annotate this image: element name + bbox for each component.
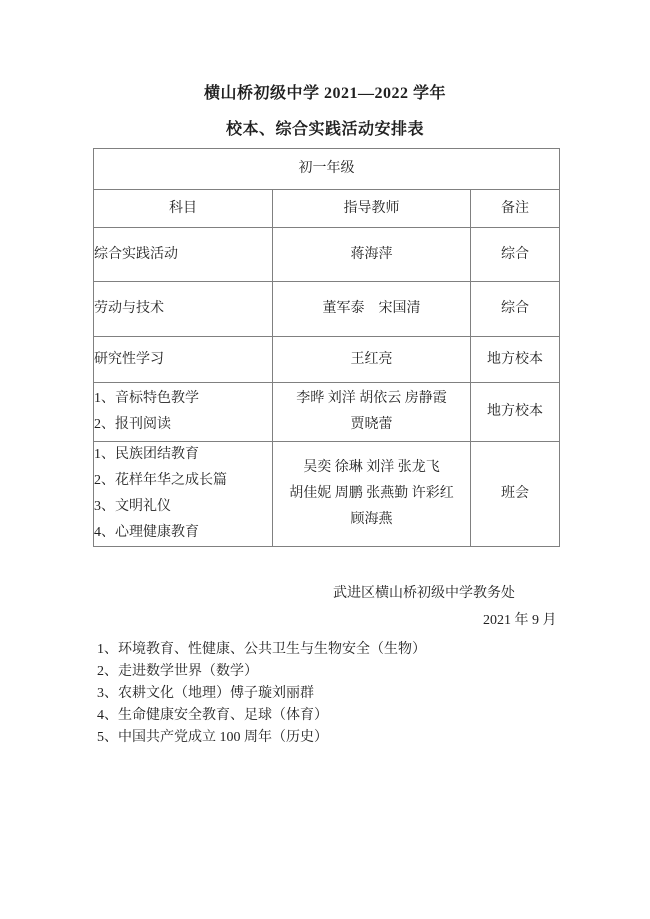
list-item: 4、生命健康安全教育、足球（体育） <box>97 705 650 727</box>
teacher-cell: 王红亮 <box>273 337 471 383</box>
teacher-cell: 蒋海萍 <box>273 228 471 282</box>
grade-header-row: 初一年级 <box>94 149 560 190</box>
subject-cell: 劳动与技术 <box>94 282 273 337</box>
teacher-cell: 李晔 刘洋 胡依云 房静霞 贾晓蕾 <box>273 383 471 442</box>
table-row: 1、民族团结教育 2、花样年华之成长篇 3、文明礼仪 4、心理健康教育 吴奕 徐… <box>94 442 560 547</box>
document-title: 横山桥初级中学 2021—2022 学年 <box>0 0 650 102</box>
subject-line: 1、音标特色教学 <box>94 386 272 412</box>
teacher-line: 吴奕 徐琳 刘洋 张龙飞 <box>273 455 470 481</box>
teacher-line: 蒋海萍 <box>273 242 470 268</box>
subject-line: 3、文明礼仪 <box>94 494 272 520</box>
table-row: 研究性学习 王红亮 地方校本 <box>94 337 560 383</box>
list-item: 3、农耕文化（地理）傅子璇刘丽群 <box>97 683 650 705</box>
column-header-teacher: 指导教师 <box>273 190 471 228</box>
subject-line: 2、花样年华之成长篇 <box>94 468 272 494</box>
schedule-table: 初一年级 科目 指导教师 备注 综合实践活动 蒋海萍 综合 劳动与技术 <box>93 148 560 547</box>
notes-list: 1、环境教育、性健康、公共卫生与生物安全（生物） 2、走进数学世界（数学） 3、… <box>97 639 650 749</box>
teacher-line: 贾晓蕾 <box>273 412 470 438</box>
teacher-line: 王红亮 <box>273 347 470 373</box>
signature-department: 武进区横山桥初级中学教务处 <box>333 586 650 601</box>
grade-header-cell: 初一年级 <box>94 149 560 190</box>
list-item: 2、走进数学世界（数学） <box>97 661 650 683</box>
note-cell: 地方校本 <box>471 337 560 383</box>
table-row: 劳动与技术 董军泰 宋国清 综合 <box>94 282 560 337</box>
subject-line: 综合实践活动 <box>94 242 272 268</box>
list-item: 1、环境教育、性健康、公共卫生与生物安全（生物） <box>97 639 650 661</box>
column-header-subject: 科目 <box>94 190 273 228</box>
note-cell: 综合 <box>471 228 560 282</box>
note-cell: 综合 <box>471 282 560 337</box>
subject-line: 研究性学习 <box>94 347 272 373</box>
note-cell: 班会 <box>471 442 560 547</box>
subject-cell: 研究性学习 <box>94 337 273 383</box>
subject-line: 2、报刊阅读 <box>94 412 272 438</box>
subject-cell: 1、音标特色教学 2、报刊阅读 <box>94 383 273 442</box>
subject-line: 劳动与技术 <box>94 296 272 322</box>
teacher-cell: 吴奕 徐琳 刘洋 张龙飞 胡佳妮 周鹏 张燕勤 许彩红 顾海燕 <box>273 442 471 547</box>
teacher-line: 胡佳妮 周鹏 张燕勤 许彩红 <box>273 481 470 507</box>
table-row: 综合实践活动 蒋海萍 综合 <box>94 228 560 282</box>
note-cell: 地方校本 <box>471 383 560 442</box>
subject-line: 4、心理健康教育 <box>94 520 272 546</box>
subject-cell: 1、民族团结教育 2、花样年华之成长篇 3、文明礼仪 4、心理健康教育 <box>94 442 273 547</box>
document-page: 横山桥初级中学 2021—2022 学年 校本、综合实践活动安排表 初一年级 科… <box>0 0 650 919</box>
column-header-note: 备注 <box>471 190 560 228</box>
subject-cell: 综合实践活动 <box>94 228 273 282</box>
column-header-row: 科目 指导教师 备注 <box>94 190 560 228</box>
document-subtitle: 校本、综合实践活动安排表 <box>0 102 650 138</box>
signature-date: 2021 年 9 月 <box>483 613 650 628</box>
teacher-cell: 董军泰 宋国清 <box>273 282 471 337</box>
table-row: 1、音标特色教学 2、报刊阅读 李晔 刘洋 胡依云 房静霞 贾晓蕾 地方校本 <box>94 383 560 442</box>
subject-line: 1、民族团结教育 <box>94 442 272 468</box>
teacher-line: 顾海燕 <box>273 507 470 533</box>
list-item: 5、中国共产党成立 100 周年（历史） <box>97 727 650 749</box>
teacher-line: 李晔 刘洋 胡依云 房静霞 <box>273 386 470 412</box>
teacher-line: 董军泰 宋国清 <box>273 296 470 322</box>
